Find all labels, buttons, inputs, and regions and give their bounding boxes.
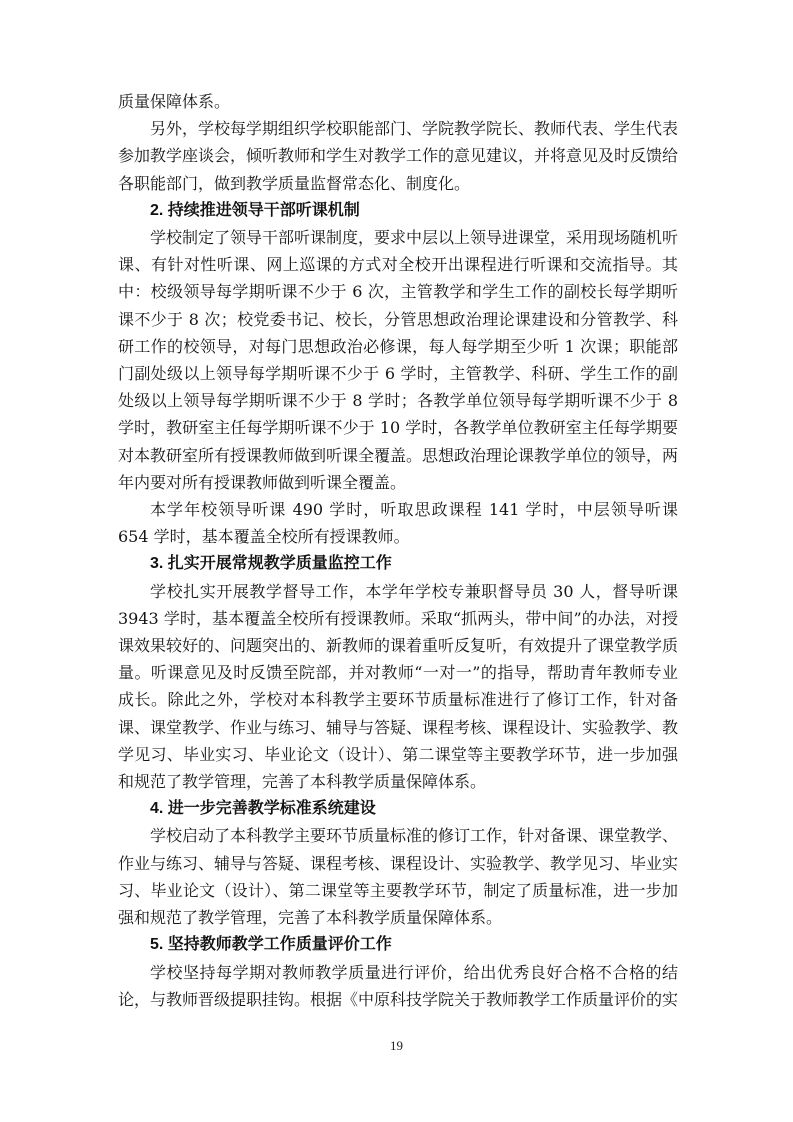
paragraph: 本学年校领导听课 490 学时，听取思政课程 141 学时，中层领导听课 654… [118,496,678,550]
paragraph: 另外，学校每学期组织学校职能部门、学院教学院长、教师代表、学生代表参加教学座谈会… [118,115,678,197]
paragraph: 学校扎实开展教学督导工作，本学年学校专兼职督导员 30 人，督导听课 3943 … [118,578,678,796]
section-heading: 3. 扎实开展常规教学质量监控工作 [118,550,678,577]
paragraph: 学校启动了本科教学主要环节质量标准的修订工作，针对备课、课堂教学、作业与练习、辅… [118,822,678,931]
section-heading: 2. 持续推进领导干部听课机制 [118,197,678,224]
page-number: 19 [0,1038,793,1054]
paragraph: 学校坚持每学期对教师教学质量进行评价，给出优秀良好合格不合格的结论，与教师晋级提… [118,959,678,1013]
paragraph: 质量保障体系。 [118,88,678,115]
section-heading: 4. 进一步完善教学标准系统建设 [118,795,678,822]
section-heading: 5. 坚持教师教学工作质量评价工作 [118,931,678,958]
paragraph: 学校制定了领导干部听课制度，要求中层以上领导进课堂，采用现场随机听课、有针对性听… [118,224,678,496]
document-body: 质量保障体系。另外，学校每学期组织学校职能部门、学院教学院长、教师代表、学生代表… [118,88,678,1013]
document-page: 质量保障体系。另外，学校每学期组织学校职能部门、学院教学院长、教师代表、学生代表… [0,0,793,1122]
